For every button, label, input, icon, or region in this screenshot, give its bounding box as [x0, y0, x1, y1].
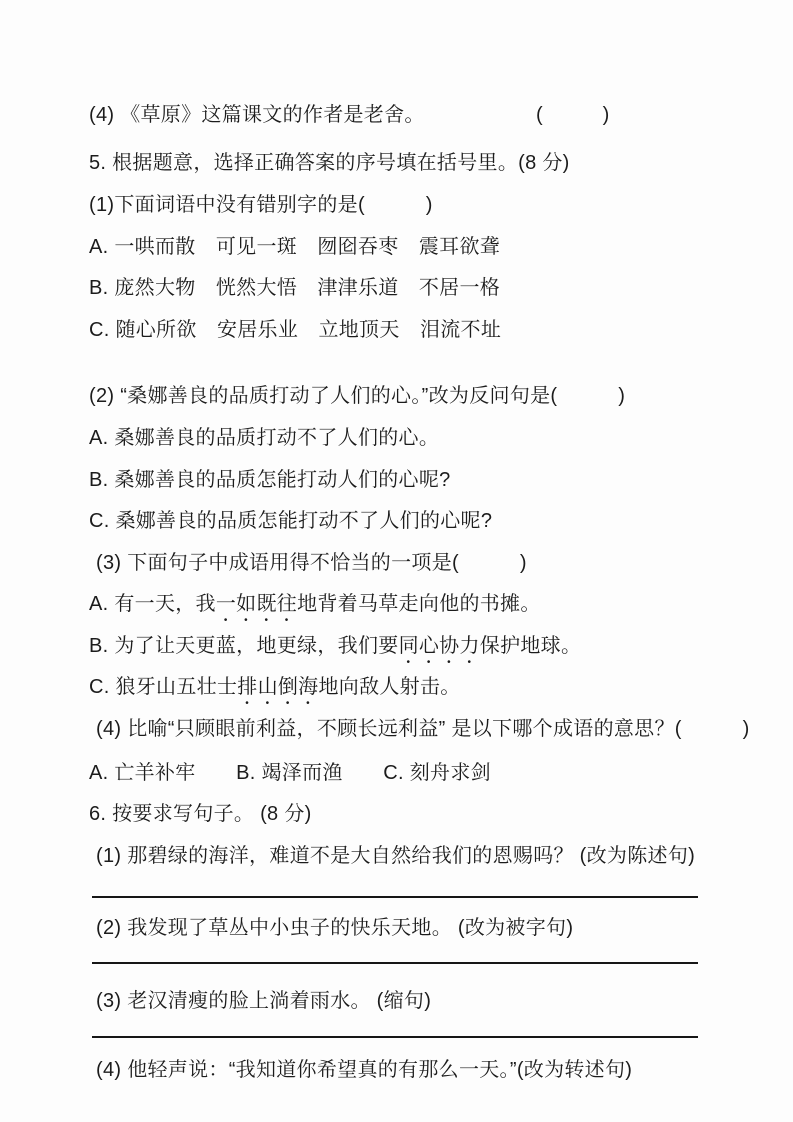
judgment-item-4: (4) 《草原》这篇课文的作者是老舍。 — [89, 104, 425, 127]
q5-sub2-stem: (2) “桑娜善良的品质打动了人们的心。”改为反问句是( ) — [89, 385, 625, 408]
q6-item-2: (2) 我发现了草丛中小虫子的快乐天地。 (改为被字句) — [96, 917, 573, 940]
question-5-title: 5. 根据题意，选择正确答案的序号填在括号里。(8 分) — [89, 152, 570, 175]
emphasized-idiom: 排山倒海 — [237, 676, 318, 698]
q6-item-1: (1) 那碧绿的海洋，难道不是大自然给我们的恩赐吗？ (改为陈述句) — [96, 845, 695, 868]
option-text: 地背着马草走向他的书摊。 — [297, 593, 541, 615]
q5-sub3-option-c: C. 狼牙山五壮士排山倒海地向敌人射击。 — [89, 676, 461, 709]
q5-sub1-option-b: B. 庞然大物 恍然大悟 津津乐道 不居一格 — [89, 277, 500, 300]
q5-sub3-option-a: A. 有一天，我一如既往地背着马草走向他的书摊。 — [89, 593, 541, 626]
option-text: 地向敌人射击。 — [318, 676, 460, 698]
answer-blank-line — [92, 896, 698, 898]
q5-sub2-option-c: C. 桑娜善良的品质怎能打动不了人们的心呢? — [89, 510, 492, 533]
option-text: B. 为了让天更蓝，地更绿，我们要 — [89, 635, 399, 657]
q5-sub3-option-b: B. 为了让天更蓝，地更绿，我们要同心协力保护地球。 — [89, 635, 581, 668]
q6-item-3: (3) 老汉清瘦的脸上淌着雨水。 (缩句) — [96, 990, 431, 1013]
q5-sub1-stem: (1)下面词语中没有错别字的是( ) — [89, 194, 433, 217]
q5-sub4-options-row: A. 亡羊补牢 B. 竭泽而渔 C. 刻舟求剑 — [89, 762, 491, 785]
q5-sub2-option-a: A. 桑娜善良的品质打动不了人们的心。 — [89, 427, 439, 450]
emphasized-idiom: 同心协力 — [399, 635, 480, 657]
q5-sub1-option-c: C. 随心所欲 安居乐业 立地顶天 泪流不址 — [89, 319, 501, 342]
q5-sub1-option-a: A. 一哄而散 可见一斑 囫囵吞枣 震耳欲聋 — [89, 236, 500, 259]
q6-item-4: (4) 他轻声说：“我知道你希望真的有那么一天。”(改为转述句) — [96, 1059, 632, 1082]
answer-bracket: ( ) — [536, 104, 609, 127]
answer-blank-line — [92, 1036, 698, 1038]
option-text: C. 狼牙山五壮士 — [89, 676, 237, 698]
q5-sub2-option-b: B. 桑娜善良的品质怎能打动人们的心呢? — [89, 469, 451, 492]
emphasized-idiom: 一如既往 — [216, 593, 297, 615]
option-text: 保护地球。 — [480, 635, 582, 657]
option-text: A. 有一天，我 — [89, 593, 216, 615]
q5-sub4-stem: (4) 比喻“只顾眼前利益，不顾长远利益” 是以下哪个成语的意思？( ) — [96, 718, 750, 741]
question-6-title: 6. 按要求写句子。 (8 分) — [89, 803, 312, 826]
answer-blank-line — [92, 962, 698, 964]
q5-sub3-stem: (3) 下面句子中成语用得不恰当的一项是( ) — [96, 552, 527, 575]
exam-page: (4) 《草原》这篇课文的作者是老舍。 ( ) 5. 根据题意，选择正确答案的序… — [0, 0, 793, 1122]
